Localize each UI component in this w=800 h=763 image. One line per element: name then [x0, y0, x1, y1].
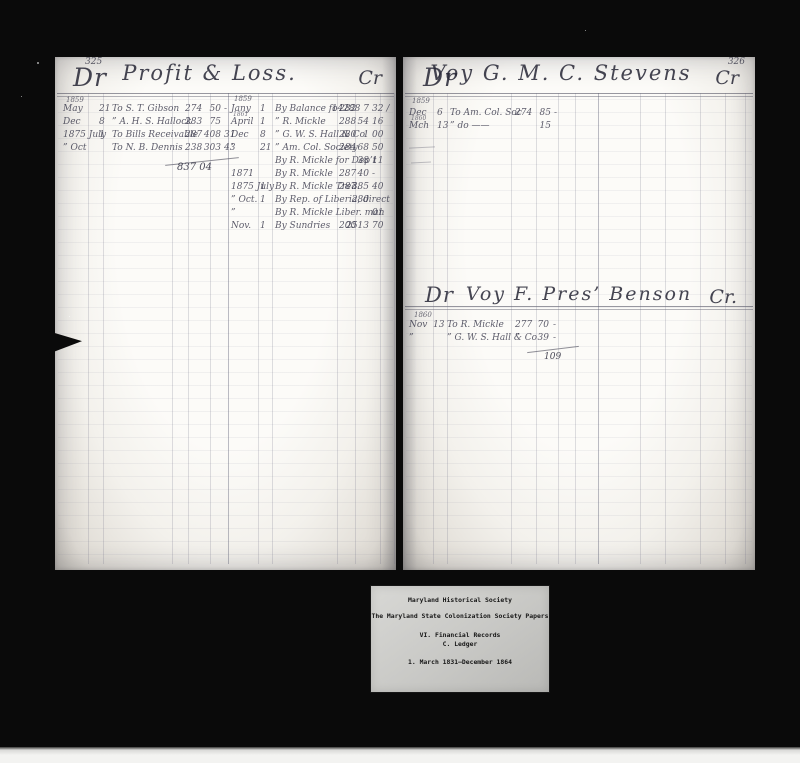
cell-date: ”: [231, 208, 236, 218]
cr-label: Cr: [358, 67, 382, 89]
card-line: The Maryland State Colonization Society …: [371, 613, 549, 619]
column-rule: [433, 93, 434, 564]
cell-amount: 15: [491, 121, 551, 131]
year-note: 1861: [233, 111, 248, 118]
dust-speck: [37, 62, 39, 64]
ledger-row: ” Oct.1By Rep. of Liberia, direct280: [55, 195, 396, 208]
column-rule: [725, 93, 726, 564]
cell-cents: 16: [372, 117, 383, 127]
ledger-row: Nov.1By Sundries200251370: [55, 221, 396, 234]
cell-cents: 50: [372, 143, 383, 153]
column-rule: [745, 93, 746, 564]
column-rule: [258, 93, 259, 564]
cell-day: 8: [260, 130, 266, 140]
cell-cents: 70: [372, 221, 383, 231]
cell-date: 1875 July: [231, 182, 274, 192]
column-rule: [103, 93, 104, 564]
dust-speck: [21, 96, 22, 97]
dust-speck: [69, 316, 70, 317]
column-rule: [511, 93, 512, 564]
account-title: Profit & Loss.: [39, 61, 380, 85]
cell-amount: 54: [309, 117, 369, 127]
cr-label: Cr.: [709, 286, 737, 308]
column-rule: [665, 93, 666, 564]
account-title: Voy F. Pres’ Benson: [403, 283, 755, 305]
cell-date: ” Oct.: [231, 195, 257, 205]
cell-day: 1: [260, 104, 266, 114]
cell-date: Nov.: [231, 221, 251, 231]
cell-cents: -: [372, 169, 375, 179]
cell-day: 1: [260, 182, 266, 192]
column-rule: [210, 93, 211, 564]
dust-speck: [585, 30, 586, 31]
ledger-row: Dec8” G. W. S. Hall & Co280100: [55, 130, 396, 143]
ledger-row: Nov13To R. Mickle27770-: [403, 320, 755, 333]
cell-day: 1: [260, 221, 266, 231]
cell-cents: -: [553, 333, 556, 343]
cell-date: Mch: [409, 121, 429, 131]
cell-description: ” do ——: [450, 121, 490, 131]
photographed-ledger-spread: 325 Dr Profit & Loss. Cr 1859 1859 May21…: [0, 0, 800, 763]
ledger-row: ”By R. Mickle Liber. man01: [55, 208, 396, 221]
cell-amount: 280: [309, 195, 369, 205]
cell-amount: 68: [309, 143, 369, 153]
cell-date: ’: [231, 143, 234, 153]
ledger-page-left: 325 Dr Profit & Loss. Cr 1859 1859 May21…: [55, 57, 396, 570]
column-rule: [394, 93, 395, 564]
column-rule: [228, 93, 229, 564]
cell-day: 13: [433, 320, 444, 330]
cell-amount: 39: [489, 333, 549, 343]
column-rule: [536, 93, 537, 564]
column-rule: [700, 93, 701, 564]
column-rule: [558, 93, 559, 564]
ledger-row: Jany1By Balance fo28214288 732 /: [55, 104, 396, 117]
column-rule: [575, 93, 576, 564]
cell-amount: 2513: [309, 221, 369, 231]
archive-label-card: Maryland Historical SocietyThe Maryland …: [371, 586, 549, 692]
cell-amount: 14288 7: [309, 104, 369, 114]
cell-cents: 00: [372, 130, 383, 140]
column-rule: [188, 93, 189, 564]
column-rule: [88, 93, 89, 564]
card-line: Maryland Historical Society: [371, 597, 549, 603]
year-note: 1860: [411, 115, 426, 122]
cell-amount: 85: [491, 108, 551, 118]
cell-date: Dec: [231, 130, 249, 140]
cell-cents: 11: [372, 156, 383, 166]
column-rule: [337, 93, 338, 564]
cell-date: ”: [409, 333, 414, 343]
column-rule: [447, 93, 448, 564]
cell-day: 6: [437, 108, 443, 118]
ledger-row: Mch13” do ——151860: [403, 121, 755, 134]
cell-amount: 385: [309, 182, 369, 192]
cell-amount: 40: [309, 169, 369, 179]
ledger-page-right: 326 Dr Voy G. M. C. Stevens Cr 1859 Dec6…: [403, 57, 755, 570]
column-rule: [272, 93, 273, 564]
ledger-row: Dec6To Am. Col. Soc27485-: [403, 108, 755, 121]
card-line: C. Ledger: [371, 641, 549, 647]
cell-day: 21: [260, 143, 271, 153]
debit-total: 837 04: [177, 162, 212, 173]
cell-amount: 70: [489, 320, 549, 330]
faint-pencil-mark: [411, 160, 431, 163]
column-rule: [172, 93, 173, 564]
cell-cents: 01: [372, 208, 383, 218]
ledger-row: ”” G. W. S. Hall & Co”39-: [403, 333, 755, 346]
cell-cents: 40: [372, 182, 383, 192]
column-rule: [640, 93, 641, 564]
cell-cents: -: [554, 108, 557, 118]
cell-day: 1: [260, 117, 266, 127]
year-label: 1859: [66, 96, 84, 104]
header-rule: [57, 93, 394, 97]
account-header-stevens: Dr Voy G. M. C. Stevens Cr: [403, 57, 755, 97]
photo-bottom-edge: [0, 747, 800, 763]
card-line: 1. March 1831—December 1864: [371, 659, 549, 665]
faint-pencil-mark: [409, 145, 435, 148]
cr-label: Cr: [715, 67, 739, 89]
cell-date: 1871: [231, 169, 254, 179]
cell-description: By R. Mickle Liber. man: [275, 208, 384, 218]
account-title: Voy G. M. C. Stevens: [385, 61, 737, 85]
card-line: VI. Financial Records: [371, 632, 549, 638]
year-label: 1860: [414, 311, 432, 319]
cell-date: Nov: [409, 320, 427, 330]
year-label: 1859: [234, 95, 252, 103]
cell-amount: 1: [309, 130, 369, 140]
cell-date: April: [231, 117, 253, 127]
ledger-row: 1871By R. Mickle28740-: [55, 169, 396, 182]
cell-amount: 38: [309, 156, 369, 166]
account-header-profit-loss: Dr Profit & Loss. Cr: [55, 57, 396, 97]
ledger-row: ’21” Am. Col. Society2846850: [55, 143, 396, 156]
year-label: 1859: [412, 97, 430, 105]
column-rule: [355, 93, 356, 564]
ledger-row: 1875 July1By R. Mickle Trea.28738540: [55, 182, 396, 195]
cell-day: 1: [260, 195, 266, 205]
column-rule: [380, 93, 381, 564]
cell-cents: -: [553, 320, 556, 330]
ledger-row: April1” R. Mickle28854161861: [55, 117, 396, 130]
column-rule: [598, 93, 599, 564]
